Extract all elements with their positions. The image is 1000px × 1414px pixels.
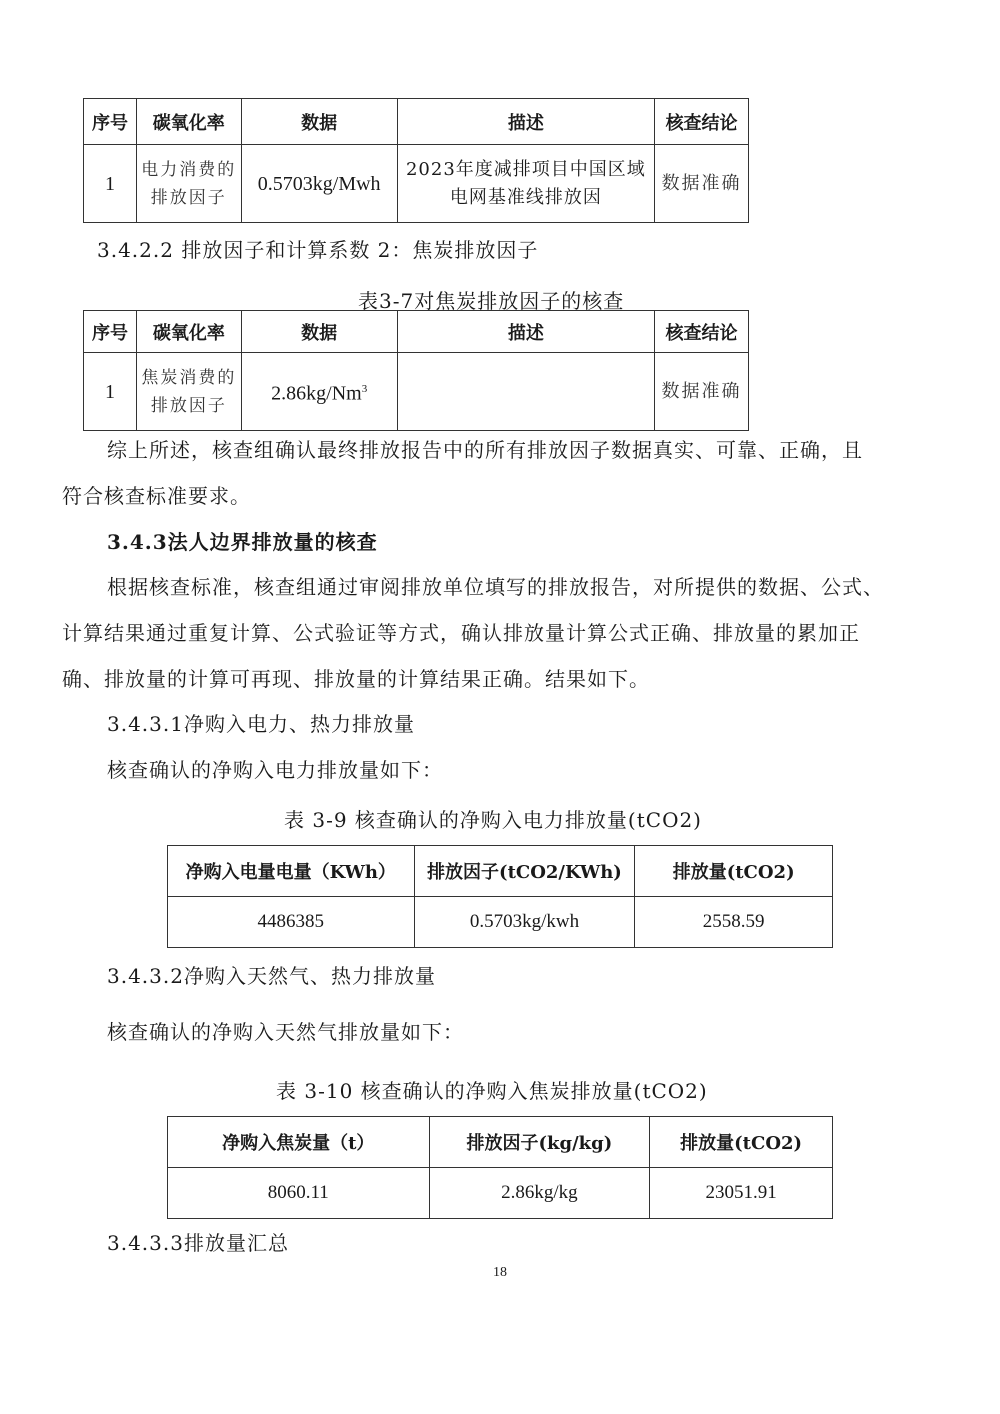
header-emissions: 排放量(tCO2) — [650, 1117, 833, 1168]
header-net-purchased-coke: 净购入焦炭量（t） — [168, 1117, 430, 1168]
header-conclusion: 核查结论 — [655, 99, 749, 145]
electricity-emissions-table: 净购入电量电量（KWh） 排放因子(tCO2/KWh) 排放量(tCO2) 44… — [167, 845, 833, 948]
table-header-row: 序号 碳氧化率 数据 描述 核查结论 — [84, 311, 749, 353]
table-row: 1 电力消费的 排放因子 0.5703kg/Mwh 2023年度减排项目中国区域… — [84, 145, 749, 223]
header-emission-factor: 排放因子(kg/kg) — [429, 1117, 650, 1168]
header-emissions: 排放量(tCO2) — [635, 846, 833, 897]
cell-name: 焦炭消费的 排放因子 — [136, 353, 241, 431]
cell-emission-factor: 2.86kg/kg — [429, 1168, 650, 1219]
summary-line2: 符合核查标准要求。 — [62, 484, 251, 508]
cell-description-line2: 电网基准线排放因 — [398, 184, 655, 212]
table-header-row: 净购入电量电量（KWh） 排放因子(tCO2/KWh) 排放量(tCO2) — [168, 846, 833, 897]
cell-electricity-amount: 4486385 — [168, 897, 415, 948]
table-row: 8060.11 2.86kg/kg 23051.91 — [168, 1168, 833, 1219]
table-header-row: 净购入焦炭量（t） 排放因子(kg/kg) 排放量(tCO2) — [168, 1117, 833, 1168]
cell-name-line1: 电力消费的 — [137, 156, 241, 184]
section-3-4-3-para-line1: 根据核查标准，核查组通过审阅排放单位填写的排放报告，对所提供的数据、公式、 — [107, 575, 884, 599]
table-header-row: 序号 碳氧化率 数据 描述 核查结论 — [84, 99, 749, 145]
cell-conclusion: 数据准确 — [655, 353, 749, 431]
cell-name-line1: 焦炭消费的 — [137, 364, 241, 392]
section-3-4-3-3-title: 3.4.3.3排放量汇总 — [107, 1231, 289, 1255]
section-3-4-3-2-intro: 核查确认的净购入天然气排放量如下： — [107, 1020, 464, 1044]
section-3-4-3-2-title: 3.4.3.2净购入天然气、热力排放量 — [107, 964, 436, 988]
cell-emissions: 23051.91 — [650, 1168, 833, 1219]
header-net-purchased-electricity: 净购入电量电量（KWh） — [168, 846, 415, 897]
table-3-10-caption: 表 3-10 核查确认的净购入焦炭排放量(tCO2) — [276, 1075, 708, 1104]
table-row: 1 焦炭消费的 排放因子 2.86kg/Nm3 数据准确 — [84, 353, 749, 431]
summary-line1: 综上所述，核查组确认最终排放报告中的所有排放因子数据真实、可靠、正确，且 — [107, 438, 863, 462]
header-name: 碳氧化率 — [136, 99, 241, 145]
cell-description — [397, 353, 655, 431]
cell-description-line1: 2023年度减排项目中国区域 — [398, 156, 655, 184]
emission-factor-table-coke: 序号 碳氧化率 数据 描述 核查结论 1 焦炭消费的 排放因子 2.86kg/N… — [83, 310, 749, 431]
page-number: 18 — [493, 1265, 507, 1281]
section-3-4-3-1-intro: 核查确认的净购入电力排放量如下： — [107, 758, 443, 782]
header-data: 数据 — [241, 311, 397, 353]
header-index: 序号 — [84, 99, 137, 145]
table-row: 4486385 0.5703kg/kwh 2558.59 — [168, 897, 833, 948]
cell-emissions: 2558.59 — [635, 897, 833, 948]
cell-value-base: 2.86kg/Nm — [271, 383, 362, 405]
cell-conclusion: 数据准确 — [655, 145, 749, 223]
cell-emission-factor: 0.5703kg/kwh — [414, 897, 635, 948]
cell-coke-amount: 8060.11 — [168, 1168, 430, 1219]
section-3-4-3-para-line3: 确、排放量的计算可再现、排放量的计算结果正确。结果如下。 — [62, 667, 650, 691]
cell-index: 1 — [84, 145, 137, 223]
cell-name-line2: 排放因子 — [137, 184, 241, 212]
coke-emissions-table: 净购入焦炭量（t） 排放因子(kg/kg) 排放量(tCO2) 8060.11 … — [167, 1116, 833, 1219]
header-description: 描述 — [397, 311, 655, 353]
header-data: 数据 — [241, 99, 397, 145]
cell-value-superscript: 3 — [362, 383, 368, 395]
section-3-4-3-title: 3.4.3法人边界排放量的核查 — [107, 530, 378, 554]
header-conclusion: 核查结论 — [655, 311, 749, 353]
header-name: 碳氧化率 — [136, 311, 241, 353]
section-3-4-2-2-title: 3.4.2.2 排放因子和计算系数 2：焦炭排放因子 — [97, 238, 538, 262]
cell-value: 0.5703kg/Mwh — [241, 145, 397, 223]
cell-name: 电力消费的 排放因子 — [136, 145, 241, 223]
cell-name-line2: 排放因子 — [137, 392, 241, 420]
cell-description: 2023年度减排项目中国区域 电网基准线排放因 — [397, 145, 655, 223]
header-index: 序号 — [84, 311, 137, 353]
section-3-4-3-para-line2: 计算结果通过重复计算、公式验证等方式，确认排放量计算公式正确、排放量的累加正 — [62, 621, 860, 645]
header-description: 描述 — [397, 99, 655, 145]
section-3-4-3-1-title: 3.4.3.1净购入电力、热力排放量 — [107, 712, 415, 736]
cell-value: 2.86kg/Nm3 — [241, 353, 397, 431]
table-3-9-caption: 表 3-9 核查确认的净购入电力排放量(tCO2) — [284, 804, 702, 833]
header-emission-factor: 排放因子(tCO2/KWh) — [414, 846, 635, 897]
cell-index: 1 — [84, 353, 137, 431]
emission-factor-table-electricity: 序号 碳氧化率 数据 描述 核查结论 1 电力消费的 排放因子 0.5703kg… — [83, 98, 749, 223]
